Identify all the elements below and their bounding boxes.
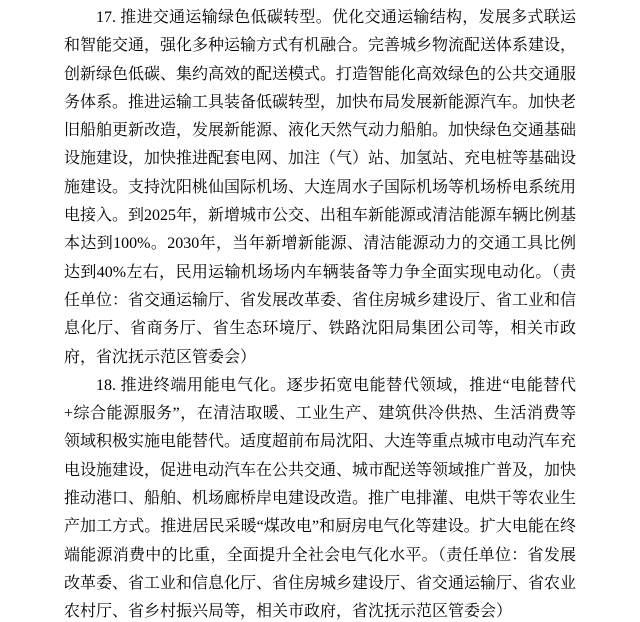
paragraph-item-17: 17. 推进交通运输绿色低碳转型。优化交通运输结构，发展多式联运和智能交通，强化… <box>64 4 576 372</box>
paragraph-item-18: 18. 推进终端用能电气化。逐步拓宽电能替代领域，推进“电能替代+综合能源服务”… <box>64 372 576 622</box>
document-page: 17. 推进交通运输绿色低碳转型。优化交通运输结构，发展多式联运和智能交通，强化… <box>0 0 640 622</box>
